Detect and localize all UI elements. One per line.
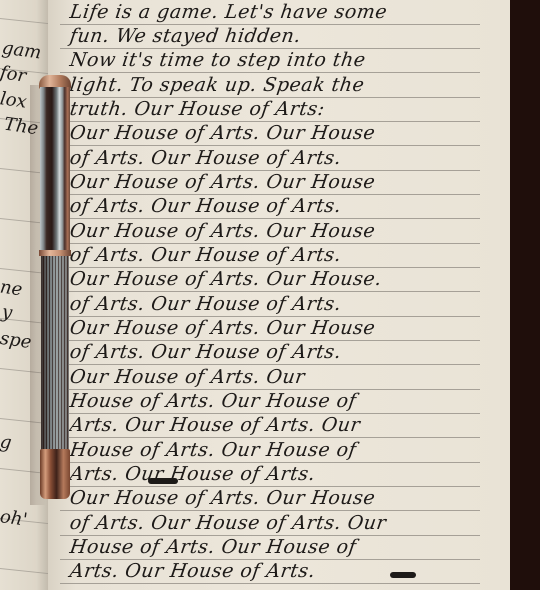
handwritten-line: House of Arts. Our House of — [68, 390, 491, 412]
handwritten-line: fun. We stayed hidden. — [68, 25, 491, 47]
ruled-line — [60, 583, 480, 584]
ruled-line — [0, 568, 52, 574]
handwritten-line: Life is a game. Let's have some — [68, 1, 491, 23]
ruled-line — [60, 437, 480, 438]
left-page-fragment: gam — [1, 37, 43, 63]
handwritten-line: of Arts. Our House of Arts. — [68, 147, 491, 169]
scribbled-out-word — [390, 572, 416, 578]
handwritten-line: of Arts. Our House of Arts. — [68, 244, 491, 266]
ruled-line — [60, 218, 480, 219]
handwritten-line: Our House of Arts. Our House. — [68, 268, 491, 290]
dark-background — [510, 0, 540, 590]
handwritten-line: Our House of Arts. Our House — [68, 317, 491, 339]
handwritten-line: truth. Our House of Arts: — [68, 98, 491, 120]
fountain-pen — [37, 75, 75, 500]
ruled-line — [60, 291, 480, 292]
handwritten-line: of Arts. Our House of Arts. — [68, 341, 491, 363]
left-page-fragment: lox — [0, 88, 28, 113]
handwritten-line: Our House of Arts. Our House — [68, 122, 491, 144]
left-page-fragment: for — [0, 62, 27, 86]
handwritten-line: Our House of Arts. Our House — [68, 487, 491, 509]
handwritten-line: Our House of Arts. Our — [68, 366, 491, 388]
handwritten-line: of Arts. Our House of Arts. Our — [68, 512, 491, 534]
handwritten-line: House of Arts. Our House of — [68, 439, 491, 461]
left-page-fragment: oh' — [0, 506, 29, 531]
left-page-fragment: spe — [0, 328, 33, 353]
handwritten-line: Arts. Our House of Arts. — [68, 560, 491, 582]
scribbled-out-word — [148, 478, 178, 484]
ruled-line — [60, 72, 480, 73]
handwritten-line: Our House of Arts. Our House — [68, 171, 491, 193]
handwritten-line: Our House of Arts. Our House — [68, 220, 491, 242]
ruled-line — [0, 18, 52, 24]
pen-barrel-shading — [41, 256, 69, 451]
ruled-line — [60, 145, 480, 146]
handwritten-line: Now it's time to step into the — [68, 49, 491, 71]
ruled-line — [60, 510, 480, 511]
handwritten-line: Arts. Our House of Arts. — [68, 463, 491, 485]
ruled-line — [60, 364, 480, 365]
handwritten-line: of Arts. Our House of Arts. — [68, 293, 491, 315]
pen-cap — [40, 87, 70, 252]
notebook-photo: gam for lox The ne y spe g oh' Life is a… — [0, 0, 540, 590]
left-page-fragment: g — [0, 431, 13, 453]
left-page-fragment: ne — [0, 277, 24, 301]
handwritten-line: Arts. Our House of Arts. Our — [68, 414, 491, 436]
handwritten-line: light. To speak up. Speak the — [68, 74, 491, 96]
handwritten-line: of Arts. Our House of Arts. — [68, 195, 491, 217]
pen-end-cap — [40, 449, 70, 499]
handwritten-line: House of Arts. Our House of — [68, 536, 491, 558]
